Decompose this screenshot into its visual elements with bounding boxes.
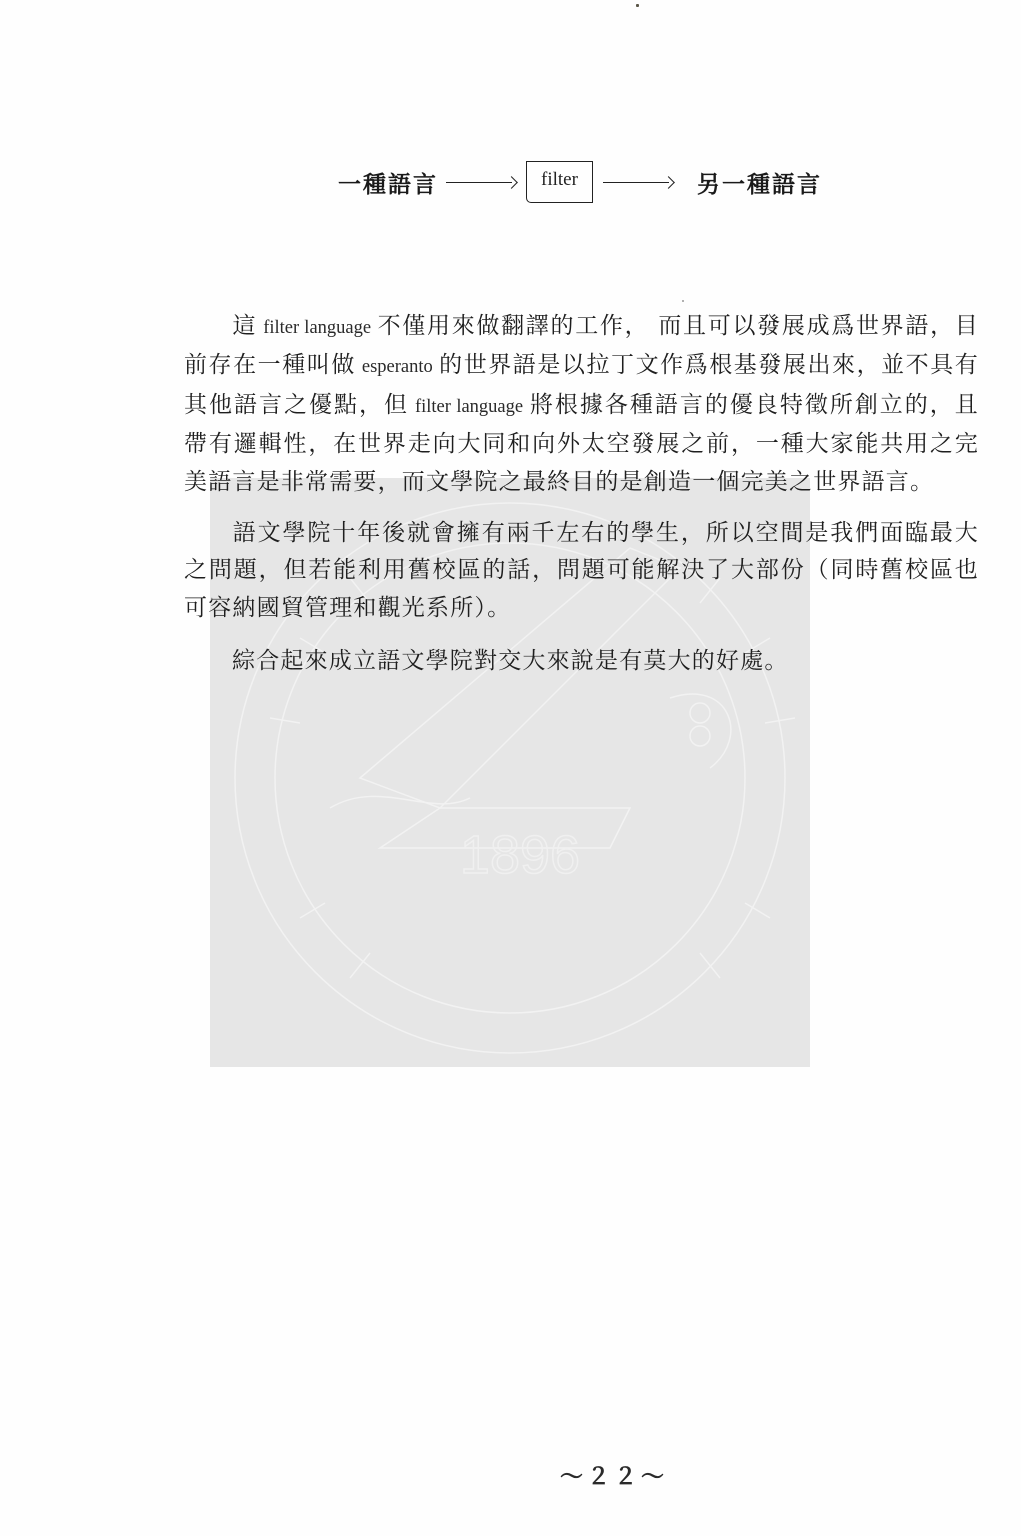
scan-speck	[636, 4, 639, 7]
translation-flow-diagram: 一種語言 filter 另一種語言	[338, 160, 822, 204]
text-segment: 語文學院十年後就會擁有兩千左右的學生，所以空間是我們面臨最大之問題，但若能利用舊…	[184, 520, 979, 621]
english-term: esperanto	[356, 357, 439, 377]
paragraph-filter-language: 這filter language不僅用來做翻譯的工作， 而且可以發展成爲世界語，…	[184, 308, 979, 501]
scan-speck	[682, 300, 684, 302]
source-language-label: 一種語言	[338, 166, 438, 199]
text-segment: 綜合起來成立語文學院對交大來說是有莫大的好處。	[232, 648, 789, 674]
arrow-right-icon	[446, 175, 516, 189]
english-term: filter language	[409, 397, 529, 417]
page-number: ～２２～	[560, 1458, 668, 1491]
arrow-right-icon	[603, 175, 673, 189]
english-term: filter language	[257, 318, 377, 338]
paragraph-conclusion: 綜合起來成立語文學院對交大來說是有莫大的好處。	[184, 643, 979, 680]
paragraph-space-problem: 語文學院十年後就會擁有兩千左右的學生，所以空間是我們面臨最大之問題，但若能利用舊…	[184, 515, 979, 627]
body-text: 這filter language不僅用來做翻譯的工作， 而且可以發展成爲世界語，…	[184, 308, 979, 681]
document-page: 1896 一種語言 filter 另一種語言 這filter language不…	[0, 0, 1021, 1536]
text-segment: 這	[232, 313, 257, 339]
target-language-label: 另一種語言	[697, 166, 822, 199]
filter-box: filter	[526, 161, 593, 203]
svg-text:1896: 1896	[460, 825, 580, 885]
